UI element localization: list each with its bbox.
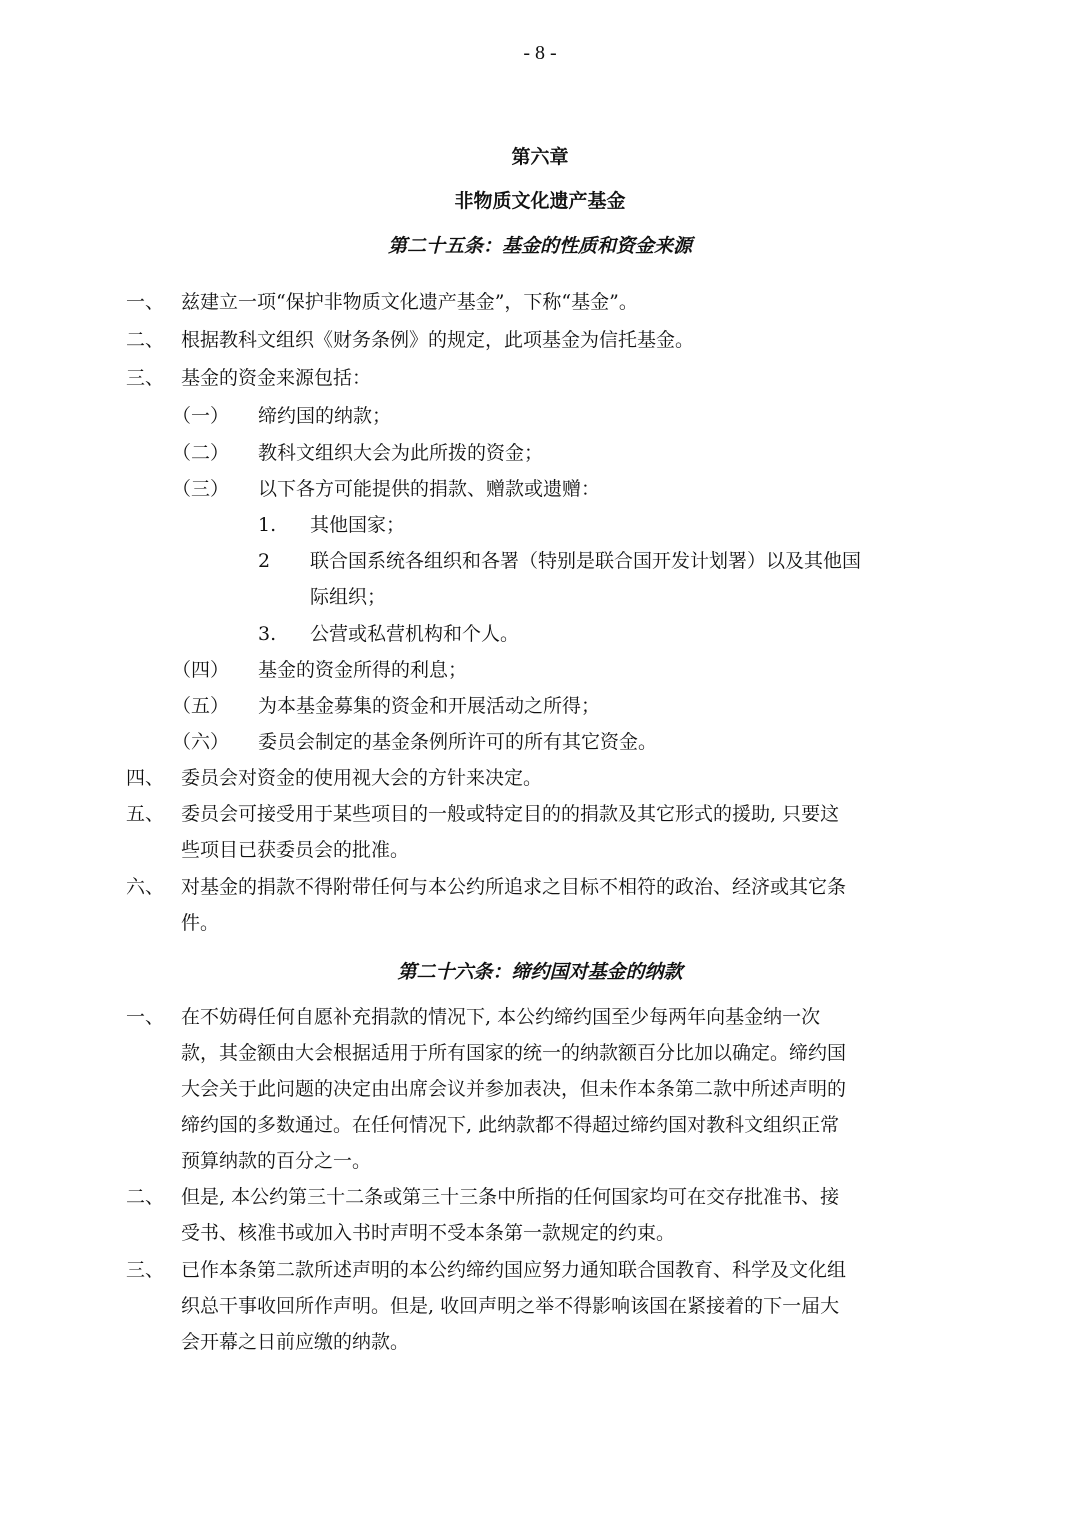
item-marker: 二、 [126,328,164,352]
subitem-marker: （四） [172,658,229,682]
item-text: 但是, 本公约第三十二条或第三十三条中所指的任何国家均可在交存批准书、接 [181,1185,839,1209]
subitem-text: 基金的资金所得的利息； [258,658,467,682]
item-text: 兹建立一项“保护非物质文化遗产基金”，下称“基金”。 [181,290,638,314]
subsubitem-text: 其他国家； [310,513,405,537]
item-text: 缔约国的多数通过。在任何情况下, 此纳款都不得超过缔约国对教科文组织正常 [181,1113,839,1137]
subitem-marker: （六） [172,730,229,754]
item-marker: 三、 [126,366,164,390]
item-text: 委员会对资金的使用视大会的方针来决定。 [181,766,542,790]
item-text: 预算纳款的百分之一。 [181,1149,371,1173]
subitem-text: 教科文组织大会为此所拨的资金； [258,441,543,465]
item-text: 会开幕之日前应缴的纳款。 [181,1330,409,1354]
subitem-marker: （二） [172,441,229,465]
item-text: 根据教科文组织《财务条例》的规定，此项基金为信托基金。 [181,328,694,352]
subitem-text: 为本基金募集的资金和开展活动之所得； [258,694,600,718]
item-text: 在不妨碍任何自愿补充捐款的情况下, 本公约缔约国至少每两年向基金纳一次 [181,1005,820,1029]
item-text: 些项目已获委员会的批准。 [181,838,409,862]
subitem-marker: （三） [172,477,229,501]
subsubitem-text: 联合国系统各组织和各署（特别是联合国开发计划署）以及其他国 [310,549,861,573]
subitem-text: 以下各方可能提供的捐款、赠款或遗赠： [258,477,600,501]
subsubitem-text: 公营或私营机构和个人。 [310,622,519,646]
subitem-text: 委员会制定的基金条例所许可的所有其它资金。 [258,730,657,754]
item-text: 已作本条第二款所述声明的本公约缔约国应努力通知联合国教育、科学及文化组 [181,1258,846,1282]
subsubitem-text: 际组织； [310,585,386,609]
item-text: 对基金的捐款不得附带任何与本公约所追求之目标不相符的政治、经济或其它条 [181,875,846,899]
item-text: 款，其金额由大会根据适用于所有国家的统一的纳款额百分比加以确定。缔约国 [181,1041,846,1065]
item-marker: 一、 [126,290,164,314]
item-text: 大会关于此问题的决定由出席会议并参加表决，但未作本条第二款中所述声明的 [181,1077,846,1101]
subsubitem-marker: 2 [258,549,270,573]
item-marker: 一、 [126,1005,164,1029]
subitem-text: 缔约国的纳款； [258,404,391,428]
item-text: 委员会可接受用于某些项目的一般或特定目的的捐款及其它形式的援助, 只要这 [181,802,839,826]
item-text: 织总干事收回所作声明。但是, 收回声明之举不得影响该国在紧接着的下一届大 [181,1294,839,1318]
subsubitem-marker: 3. [258,622,276,646]
page-number: - 8 - [0,42,1080,65]
item-marker: 五、 [126,802,164,826]
chapter-title: 非物质文化遗产基金 [0,186,1080,213]
article-26-heading: 第二十六条：缔约国对基金的纳款 [0,957,1080,984]
subitem-marker: （五） [172,694,229,718]
item-text: 基金的资金来源包括： [181,366,371,390]
item-marker: 六、 [126,875,164,899]
article-25-heading: 第二十五条：基金的性质和资金来源 [0,231,1080,258]
item-text: 受书、核准书或加入书时声明不受本条第一款规定的约束。 [181,1221,675,1245]
item-text: 件。 [181,911,219,935]
chapter-label: 第六章 [0,142,1080,169]
item-marker: 三、 [126,1258,164,1282]
item-marker: 四、 [126,766,164,790]
item-marker: 二、 [126,1185,164,1209]
subsubitem-marker: 1. [258,513,276,537]
subitem-marker: （一） [172,404,229,428]
